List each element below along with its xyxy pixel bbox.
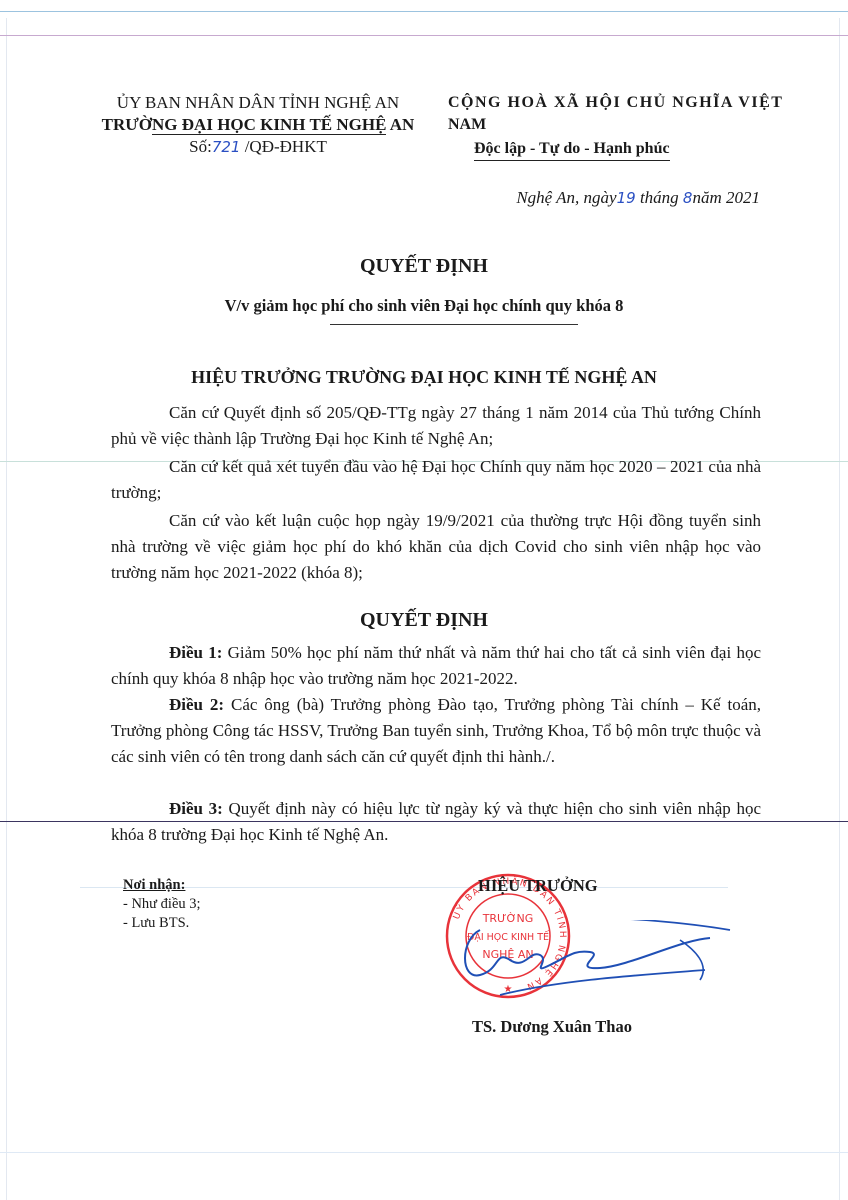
document-title: QUYẾT ĐỊNH xyxy=(0,255,848,278)
national-motto: Độc lập - Tự do - Hạnh phúc xyxy=(474,138,670,161)
scan-line xyxy=(0,35,848,36)
subject-divider xyxy=(330,324,578,325)
handwritten-day: 19 xyxy=(617,189,636,207)
issuer-block: ỦY BAN NHÂN DÂN TỈNH NGHỆ AN TRƯỜNG ĐẠI … xyxy=(88,92,428,158)
decision-heading: QUYẾT ĐỊNH xyxy=(0,609,848,632)
scan-line xyxy=(0,821,848,822)
article-3: Điều 3: Quyết định này có hiệu lực từ ng… xyxy=(111,796,761,848)
issuer-parent: ỦY BAN NHÂN DÂN TỈNH NGHỆ AN xyxy=(88,92,428,114)
signer-title: HIỆU TRƯỞNG xyxy=(478,876,598,896)
scan-line xyxy=(0,1152,848,1153)
issuing-authority: HIỆU TRƯỞNG TRƯỜNG ĐẠI HỌC KINH TẾ NGHỆ … xyxy=(0,367,848,388)
signature-icon xyxy=(440,920,740,1000)
handwritten-number: 721 xyxy=(212,138,241,156)
article-2: Điều 2: Các ông (bà) Trưởng phòng Đào tạ… xyxy=(111,692,761,770)
document-number: Số:721 /QĐ-ĐHKT xyxy=(88,136,428,158)
national-header: CỘNG HOÀ XÃ HỘI CHỦ NGHĨA VIỆT NAM Độc l… xyxy=(448,92,768,161)
issue-date: Nghệ An, ngày19 tháng 8năm 2021 xyxy=(516,188,760,208)
issuer-name: TRƯỜNG ĐẠI HỌC KINH TẾ NGHỆ AN xyxy=(88,114,428,136)
recipients-block: Nơi nhận: - Như điều 3; - Lưu BTS. xyxy=(123,876,201,933)
article-1: Điều 1: Giảm 50% học phí năm thứ nhất và… xyxy=(111,640,761,692)
recipients-heading: Nơi nhận: xyxy=(123,876,201,895)
recipient-item: - Lưu BTS. xyxy=(123,914,201,933)
basis-1: Căn cứ Quyết định số 205/QĐ-TTg ngày 27 … xyxy=(111,400,761,452)
basis-3: Căn cứ vào kết luận cuộc họp ngày 19/9/2… xyxy=(111,508,761,586)
recipient-item: - Như điều 3; xyxy=(123,895,201,914)
basis-2: Căn cứ kết quả xét tuyển đầu vào hệ Đại … xyxy=(111,454,761,506)
document-subject: V/v giảm học phí cho sinh viên Đại học c… xyxy=(0,296,848,316)
signer-name: TS. Dương Xuân Thao xyxy=(472,1017,632,1037)
scan-line xyxy=(0,11,848,12)
